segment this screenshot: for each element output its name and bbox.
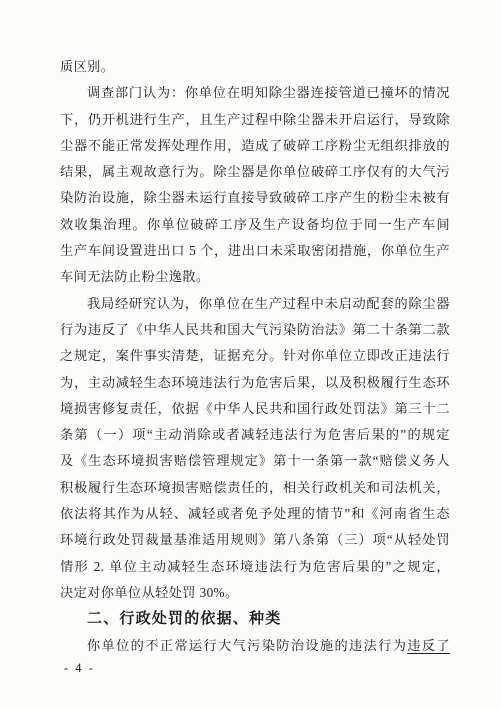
text-line: 及《生态环境损害赔偿管理规定》第十一条第一款“赔偿义务人: [60, 448, 450, 474]
text-line: 染防治设施，除尘器未运行直接导致破碎工序产生的粉尘未被有: [60, 185, 450, 211]
text-line: 我局经研究认为，你单位在生产过程中未启动配套的除尘器: [60, 291, 450, 317]
text-line: 尘器不能正常发挥处理作用，造成了破碎工序粉尘无组织排放的: [60, 133, 450, 159]
text-line: 依法将其作为从轻、减轻或者免予处理的情节”和《河南省生态: [60, 501, 450, 527]
section-heading: 二、行政处罚的依据、种类: [60, 606, 450, 632]
text-line: 行为违反了《中华人民共和国大气污染防治法》第二十条第二款: [60, 317, 450, 343]
text-line: 积极履行生态环境损害赔偿责任的，相关行政机关和司法机关，: [60, 475, 450, 501]
document-page: 质区别。调查部门认为：你单位在明知除尘器连接管道已撞坏的情况下，仍开机进行生产，…: [0, 0, 501, 709]
text-line: 调查部门认为：你单位在明知除尘器连接管道已撞坏的情况: [60, 80, 450, 106]
text-line: 生产车间设置进出口 5 个，进出口未采取密闭措施，你单位生产: [60, 238, 450, 264]
text-line: 之规定，案件事实清楚，证据充分。针对你单位立即改正违法行: [60, 343, 450, 369]
page-number: - 4 -: [64, 660, 95, 676]
text-line: 境损害修复责任，依据《中华人民共和国行政处罚法》第三十二: [60, 396, 450, 422]
text-line: 为，主动减轻生态环境违法行为危害后果，以及积极履行生态环: [60, 370, 450, 396]
text-line: 情形 2. 单位主动减轻生态环境违法行为危害后果的”之规定，: [60, 554, 450, 580]
text-line: 下，仍开机进行生产，且生产过程中除尘器未开启运行，导致除: [60, 107, 450, 133]
text-line: 质区别。: [60, 54, 450, 80]
document-body: 质区别。调查部门认为：你单位在明知除尘器连接管道已撞坏的情况下，仍开机进行生产，…: [60, 54, 450, 659]
text-line: 效收集治理。你单位破碎工序及生产设备均位于同一生产车间内，: [60, 212, 450, 238]
text-line: 环境行政处罚裁量基准适用规则》第八条第（三）项“从轻处罚: [60, 527, 450, 553]
underlined-text: 违反了: [407, 638, 450, 653]
text-line: 车间无法防止粉尘逸散。: [60, 264, 450, 290]
text-line: 决定对你单位从轻处罚 30%。: [60, 580, 450, 606]
text-line: 你单位的不正常运行大气污染防治设施的违法行为违反了: [60, 633, 450, 659]
text-line: 条第（一）项“主动消除或者减轻违法行为危害后果的”的规定: [60, 422, 450, 448]
text-line: 结果，属主观故意行为。除尘器是你单位破碎工序仅有的大气污: [60, 159, 450, 185]
